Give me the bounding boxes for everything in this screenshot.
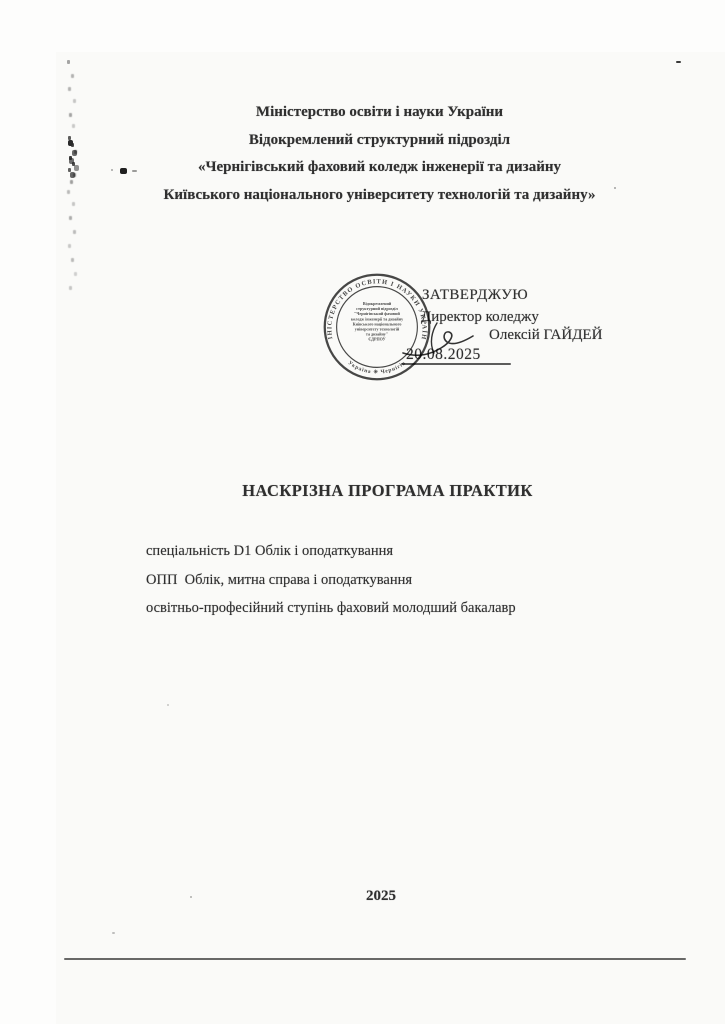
stamp-center-text: Відокремлений структурний підрозділ "Чер…	[351, 301, 403, 341]
college-name-line: «Чернігівський фаховий коледж інженерії …	[34, 154, 725, 182]
program-details: спеціальність D1 Облік і оподаткування О…	[146, 537, 516, 623]
degree-line: освітньо-професійний ступінь фаховий мол…	[146, 594, 516, 623]
document-title: НАСКРІЗНА ПРОГРАМА ПРАКТИК	[50, 481, 725, 501]
approve-label: ЗАТВЕРДЖУЮ	[422, 287, 528, 304]
scan-artifact-dot	[167, 704, 169, 706]
subdivision-line: Відокремлений структурний підрозділ	[34, 127, 725, 155]
scanned-document-page: Міністерство освіти і науки України Відо…	[0, 0, 725, 1024]
approver-name: Олексій ГАЙДЕЙ	[489, 327, 602, 344]
scan-artifact-dot	[112, 932, 115, 934]
scan-artifact-left-column	[67, 60, 70, 64]
specialty-line: спеціальність D1 Облік і оподаткування	[146, 537, 516, 566]
stamp-center-line: ЄДРПОУ	[368, 336, 385, 341]
scan-artifact-dash	[676, 61, 681, 63]
opp-line: ОПП Облік, митна справа і оподаткування	[146, 566, 516, 595]
ministry-line: Міністерство освіти і науки України	[34, 99, 725, 127]
year-label: 2025	[37, 888, 725, 905]
institution-header: Міністерство освіти і науки України Відо…	[34, 99, 725, 209]
bottom-horizontal-rule	[64, 958, 686, 960]
university-name-line: Київського національного університету те…	[34, 182, 725, 210]
official-round-stamp: МІНІСТЕРСТВО ОСВІТИ І НАУКИ УКРАЇНИ Укра…	[320, 270, 434, 384]
